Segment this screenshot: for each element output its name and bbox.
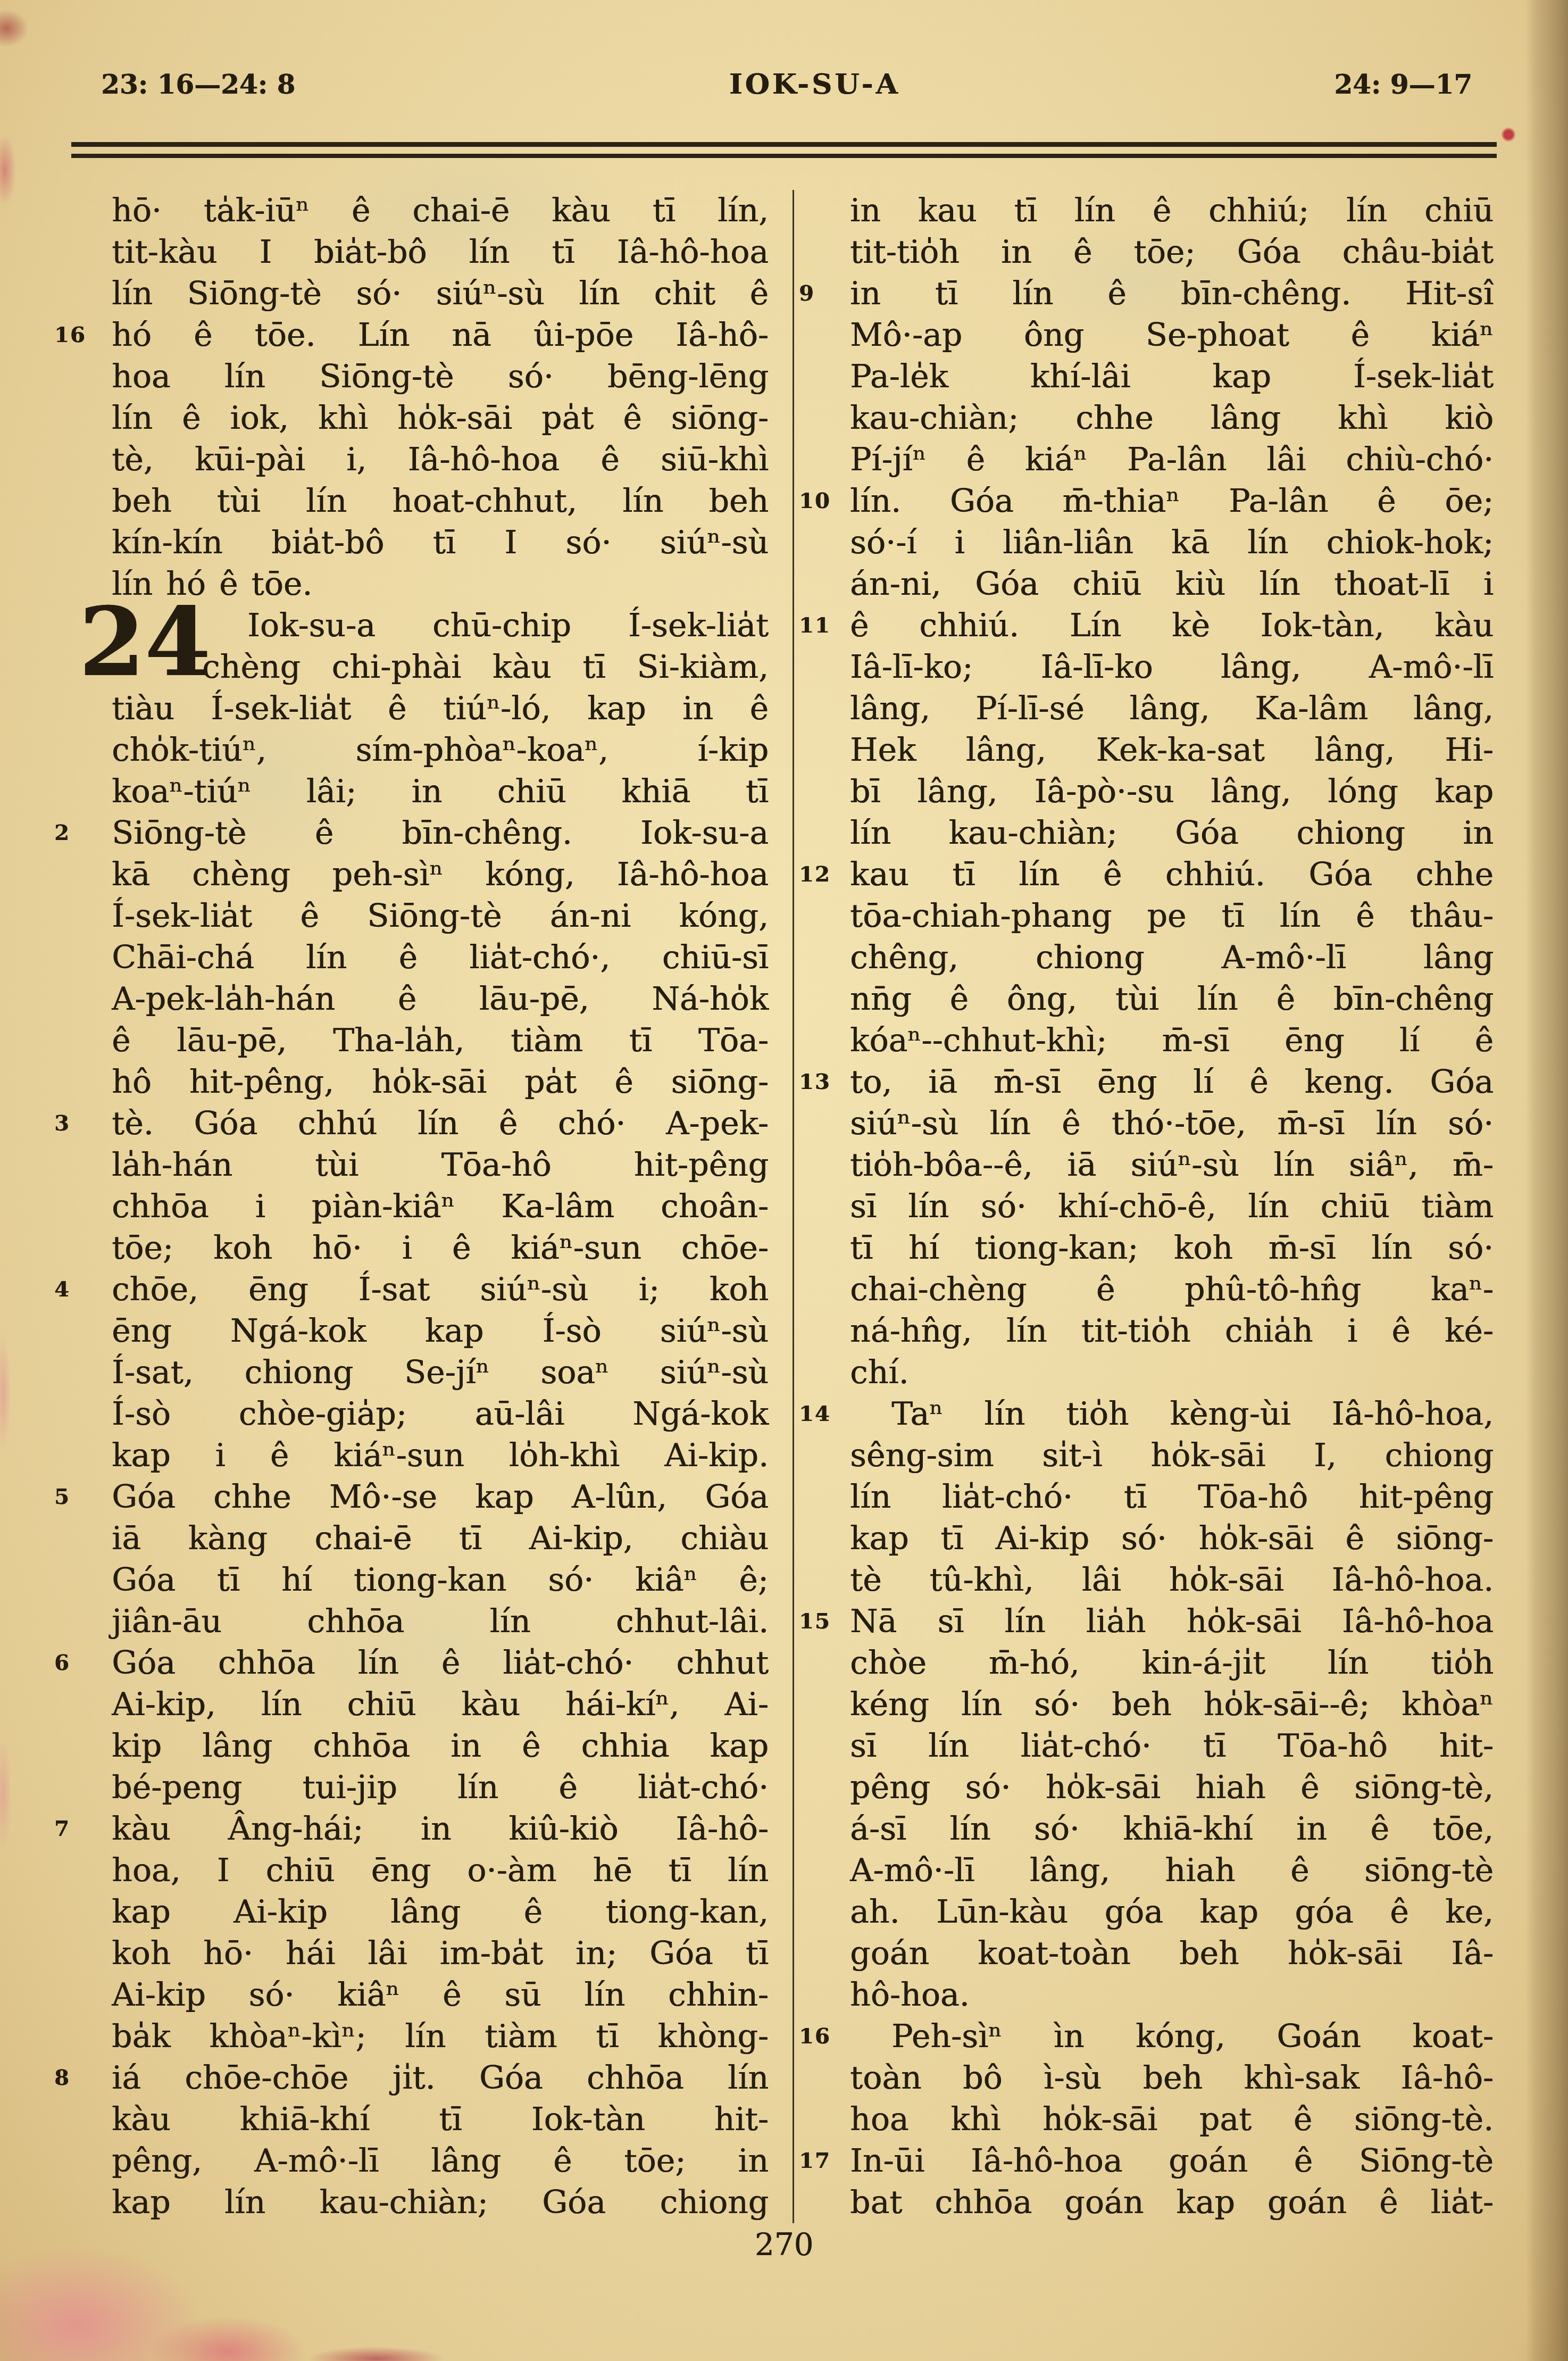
text-line: iā kàng chai-ē tī Ai-kip, chiàu xyxy=(112,1518,769,1559)
text-line: 11ê chhiú. Lín kè Iok-tàn, kàu xyxy=(850,605,1494,646)
verse-number: 9 xyxy=(799,275,815,312)
text-line: chhōa i piàn-kiâⁿ Ka-lâm choân- xyxy=(112,1186,769,1227)
text-line: 3tè. Góa chhú lín ê chó· A-pek- xyxy=(112,1103,769,1144)
verse-text: ê lāu-pē, Tha-la̍h, tiàm tī Tōa- xyxy=(112,1022,769,1059)
verse-text: Pí-jíⁿ ê kiáⁿ Pa-lân lâi chiù-chó· xyxy=(850,441,1494,478)
text-line: kàu khiā-khí tī Iok-tàn hit- xyxy=(112,2099,769,2140)
verse-text: lín ê iok, khì ho̍k-sāi pa̍t ê siōng- xyxy=(112,400,769,437)
text-line: A-mô·-lī lâng, hiah ê siōng-tè xyxy=(850,1850,1494,1891)
text-line: 13to, iā m̄-sī ēng lí ê keng. Góa xyxy=(850,1061,1494,1103)
verse-text: lín kau-chiàn; Góa chiong in xyxy=(850,814,1494,852)
text-line: Í-sò chòe-gia̍p; aū-lâi Ngá-kok xyxy=(112,1393,769,1435)
verse-text: cho̍k-tiúⁿ, sím-phòaⁿ-koaⁿ, í-kip xyxy=(112,731,769,769)
text-line: hô-hoa. xyxy=(850,1974,1494,2016)
verse-number: 16 xyxy=(799,2018,831,2055)
verse-number: 2 xyxy=(54,814,70,852)
verse-text: ah. Lūn-kàu góa kap góa ê ke, xyxy=(850,1893,1494,1931)
verse-text: ná-hn̂g, lín tit-tio̍h chia̍h i ê ké- xyxy=(850,1312,1494,1350)
text-line: tè, kūi-pài i, Iâ-hô-hoa ê siū-khì xyxy=(112,439,769,480)
text-line: sī lín só· khí-chō-ê, lín chiū tiàm xyxy=(850,1186,1494,1227)
text-line: la̍h-hán tùi Tōa-hô hit-pêng xyxy=(112,1144,769,1186)
verse-text: kap lín kau-chiàn; Góa chiong xyxy=(112,2184,769,2221)
verse-text: iā kàng chai-ē tī Ai-kip, chiàu xyxy=(112,1520,769,1557)
verse-text: koh hō· hái lâi im-ba̍t in; Góa tī xyxy=(112,1935,769,1972)
verse-number: 12 xyxy=(799,856,831,893)
verse-text: Í-sò chòe-gia̍p; aū-lâi Ngá-kok xyxy=(112,1395,769,1433)
verse-text: kóaⁿ--chhut-khì; m̄-sī ēng lí ê xyxy=(850,1022,1494,1059)
verse-text: to, iā m̄-sī ēng lí ê keng. Góa xyxy=(850,1063,1494,1101)
verse-text: jiân-āu chhōa lín chhut-lâi. xyxy=(112,1603,769,1640)
text-line: siúⁿ-sù lín ê thó·-tōe, m̄-sī lín só· xyxy=(850,1103,1494,1144)
text-line: pêng só· ho̍k-sāi hiah ê siōng-tè, xyxy=(850,1767,1494,1808)
text-line: kā chèng peh-sìⁿ kóng, Iâ-hô-hoa xyxy=(112,854,769,895)
header-verse-range-left: 23: 16—24: 8 xyxy=(101,63,295,106)
verse-text: toàn bô ì-sù beh khì-sak Iâ-hô- xyxy=(850,2059,1494,2097)
text-line: nn̄g ê ông, tùi lín ê bīn-chêng xyxy=(850,978,1494,1020)
text-line: Í-sek-lia̍t ê Siōng-tè án-ni kóng, xyxy=(112,895,769,937)
text-line: sêng-sim si̍t-ì ho̍k-sāi I, chiong xyxy=(850,1435,1494,1476)
verse-text: á-sī lín só· khiā-khí in ê tōe, xyxy=(850,1810,1494,1848)
verse-text: Peh-sìⁿ ìn kóng, Goán koat- xyxy=(891,2018,1494,2055)
verse-number: 15 xyxy=(799,1603,831,1640)
text-line: hoa lín Siōng-tè só· bēng-lēng xyxy=(112,356,769,397)
verse-text: Hek lâng, Kek-ka-sat lâng, Hi- xyxy=(850,731,1494,769)
text-line: Pí-jíⁿ ê kiáⁿ Pa-lân lâi chiù-chó· xyxy=(850,439,1494,480)
verse-text: kau tī lín ê chhiú. Góa chhe xyxy=(850,856,1494,893)
verse-text: Ai-kip só· kiâⁿ ê sū lín chhin- xyxy=(112,1976,769,2014)
text-line: ah. Lūn-kàu góa kap góa ê ke, xyxy=(850,1891,1494,1933)
text-line: kéng lín só· beh ho̍k-sāi--ê; khòaⁿ xyxy=(850,1684,1494,1725)
verse-text: sī lín lia̍t-chó· tī Tōa-hô hit- xyxy=(850,1727,1494,1765)
text-line: 9in tī lín ê bīn-chêng. Hit-sî xyxy=(850,273,1494,314)
verse-text: hô hit-pêng, ho̍k-sāi pa̍t ê siōng- xyxy=(112,1063,769,1101)
verse-number: 6 xyxy=(54,1644,70,1682)
text-line: tè tû-khì, lâi ho̍k-sāi Iâ-hô-hoa. xyxy=(850,1559,1494,1601)
text-line: hoa khì ho̍k-sāi pat ê siōng-tè. xyxy=(850,2099,1494,2140)
text-line: tī hí tiong-kan; koh m̄-sī lín só· xyxy=(850,1227,1494,1269)
column-right: in kau tī lín ê chhiú; lín chiūtit-tio̍h… xyxy=(850,190,1494,2223)
text-columns: 24 hō· ta̍k-iūⁿ ê chai-ē kàu tī lín,tit-… xyxy=(0,190,1568,2223)
verse-number: 16 xyxy=(54,317,86,354)
text-line: kóaⁿ--chhut-khì; m̄-sī ēng lí ê xyxy=(850,1020,1494,1061)
text-line: lín ê iok, khì ho̍k-sāi pa̍t ê siōng- xyxy=(112,397,769,439)
text-line: lâng, Pí-lī-sé lâng, Ka-lâm lâng, xyxy=(850,688,1494,729)
verse-text: siúⁿ-sù lín ê thó·-tōe, m̄-sī lín só· xyxy=(850,1105,1494,1142)
verse-text: iá chōe-chōe ji̍t. Góa chhōa lín xyxy=(112,2059,769,2097)
verse-number: 4 xyxy=(54,1271,70,1308)
verse-text: chêng, chiong A-mô·-lī lâng xyxy=(850,939,1494,976)
text-line: goán koat-toàn beh ho̍k-sāi Iâ- xyxy=(850,1933,1494,1974)
text-line: 17In-ūi Iâ-hô-hoa goán ê Siōng-tè xyxy=(850,2140,1494,2182)
verse-number: 7 xyxy=(54,1810,70,1848)
verse-text: Góa chhe Mô·-se kap A-lûn, Góa xyxy=(112,1478,769,1516)
text-line: beh tùi lín hoat-chhut, lín beh xyxy=(112,480,769,522)
verse-text: kā chèng peh-sìⁿ kóng, Iâ-hô-hoa xyxy=(112,856,769,893)
text-line: 4chōe, ēng Í-sat siúⁿ-sù i; koh xyxy=(112,1269,769,1310)
text-line: toàn bô ì-sù beh khì-sak Iâ-hô- xyxy=(850,2057,1494,2099)
verse-text: Í-sek-lia̍t ê Siōng-tè án-ni kóng, xyxy=(112,897,769,935)
text-line: cho̍k-tiúⁿ, sím-phòaⁿ-koaⁿ, í-kip xyxy=(112,729,769,771)
text-line: 2Siōng-tè ê bīn-chêng. Iok-su-a xyxy=(112,812,769,854)
verse-text: kau-chiàn; chhe lâng khì kiò xyxy=(850,400,1494,437)
verse-text: kéng lín só· beh ho̍k-sāi--ê; khòaⁿ xyxy=(850,1686,1494,1723)
verse-number: 10 xyxy=(799,483,831,520)
text-line: Hek lâng, Kek-ka-sat lâng, Hi- xyxy=(850,729,1494,771)
text-line: hô hit-pêng, ho̍k-sāi pa̍t ê siōng- xyxy=(112,1061,769,1103)
verse-text: hō· ta̍k-iūⁿ ê chai-ē kàu tī lín, xyxy=(112,192,769,229)
verse-text: in tī lín ê bīn-chêng. Hit-sî xyxy=(850,275,1494,312)
verse-text: sêng-sim si̍t-ì ho̍k-sāi I, chiong xyxy=(850,1437,1494,1474)
text-line: Mô·-ap ông Se-phoat ê kiáⁿ xyxy=(850,314,1494,356)
verse-text: kín-kín bia̍t-bô tī I só· siúⁿ-sù xyxy=(112,524,769,561)
verse-text: bī lâng, Iâ-pò·-su lâng, lóng kap xyxy=(850,773,1494,810)
text-line: Pa-le̍k khí-lâi kap Í-sek-lia̍t xyxy=(850,356,1494,397)
text-line: lín Siōng-tè só· siúⁿ-sù lín chit ê xyxy=(112,273,769,314)
verse-text: Mô·-ap ông Se-phoat ê kiáⁿ xyxy=(850,317,1494,354)
verse-text: Siōng-tè ê bīn-chêng. Iok-su-a xyxy=(112,814,769,852)
verse-text: Góa chhōa lín ê lia̍t-chó· chhut xyxy=(112,1644,769,1682)
verse-text: kap tī Ai-kip só· ho̍k-sāi ê siōng- xyxy=(850,1520,1494,1557)
verse-text: Iâ-lī-ko; Iâ-lī-ko lâng, A-mô·-lī xyxy=(850,649,1494,686)
verse-text: In-ūi Iâ-hô-hoa goán ê Siōng-tè xyxy=(850,2142,1494,2180)
verse-text: ê chhiú. Lín kè Iok-tàn, kàu xyxy=(850,607,1494,644)
text-line: bī lâng, Iâ-pò·-su lâng, lóng kap xyxy=(850,771,1494,812)
verse-text: Pa-le̍k khí-lâi kap Í-sek-lia̍t xyxy=(850,358,1494,395)
verse-text: lín hó ê tōe. xyxy=(112,566,312,603)
text-line: 15Nā sī lín lia̍h ho̍k-sāi Iâ-hô-hoa xyxy=(850,1601,1494,1642)
text-line: koh hō· hái lâi im-ba̍t in; Góa tī xyxy=(112,1933,769,1974)
verse-text: beh tùi lín hoat-chhut, lín beh xyxy=(112,483,769,520)
verse-text: bé-peng tui-jip lín ê lia̍t-chó· xyxy=(112,1769,769,1806)
verse-number: 17 xyxy=(799,2142,831,2180)
text-line: kap tī Ai-kip só· ho̍k-sāi ê siōng- xyxy=(850,1518,1494,1559)
verse-text: chōe, ēng Í-sat siúⁿ-sù i; koh xyxy=(112,1271,769,1308)
text-line: tōa-chiah-phang pe tī lín ê thâu- xyxy=(850,895,1494,937)
text-line: 6Góa chhōa lín ê lia̍t-chó· chhut xyxy=(112,1642,769,1684)
text-line: án-ni, Góa chiū kiù lín thoat-lī i xyxy=(850,563,1494,605)
verse-text: koaⁿ-tiúⁿ lâi; in chiū khiā tī xyxy=(112,773,769,810)
text-line: só·-í i liân-liân kā lín chiok-hok; xyxy=(850,522,1494,563)
verse-number: 8 xyxy=(54,2059,70,2097)
verse-text: Taⁿ lín tio̍h kèng-ùi Iâ-hô-hoa, xyxy=(891,1395,1494,1433)
verse-text: A-mô·-lī lâng, hiah ê siōng-tè xyxy=(850,1852,1494,1889)
verse-text: tè. Góa chhú lín ê chó· A-pek- xyxy=(112,1105,769,1142)
text-line: 10lín. Góa m̄-thiaⁿ Pa-lân ê ōe; xyxy=(850,480,1494,522)
verse-text: pêng só· ho̍k-sāi hiah ê siōng-tè, xyxy=(850,1769,1494,1806)
text-line: kap lín kau-chiàn; Góa chiong xyxy=(112,2182,769,2223)
text-line: hō· ta̍k-iūⁿ ê chai-ē kàu tī lín, xyxy=(112,190,769,231)
verse-text: Góa tī hí tiong-kan só· kiâⁿ ê; xyxy=(112,1561,769,1599)
verse-text: chòe m̄-hó, kin-á-ji̍t lín tio̍h xyxy=(850,1644,1494,1682)
verse-text: tè, kūi-pài i, Iâ-hô-hoa ê siū-khì xyxy=(112,441,769,478)
verse-number: 11 xyxy=(799,607,831,644)
text-line: 7kàu Âng-hái; in kiû-kiò Iâ-hô- xyxy=(112,1808,769,1850)
text-line: kap Ai-kip lâng ê tiong-kan, xyxy=(112,1891,769,1933)
text-line: Iok-su-a chū-chip Í-sek-lia̍t xyxy=(112,605,769,646)
verse-text: tio̍h-bôa--ê, iā siúⁿ-sù lín siâⁿ, m̄- xyxy=(850,1146,1494,1184)
verse-text: só·-í i liân-liân kā lín chiok-hok; xyxy=(850,524,1494,561)
text-line: chòe m̄-hó, kin-á-ji̍t lín tio̍h xyxy=(850,1642,1494,1684)
verse-number: 13 xyxy=(799,1063,831,1101)
verse-text: Ai-kip, lín chiū kàu hái-kíⁿ, Ai- xyxy=(112,1686,769,1723)
text-line: hoa, I chiū ēng o·-àm hē tī lín xyxy=(112,1850,769,1891)
text-line: tiàu Í-sek-lia̍t ê tiúⁿ-ló, kap in ê xyxy=(112,688,769,729)
verse-text: tit-kàu I bia̍t-bô lín tī Iâ-hô-hoa xyxy=(112,234,769,271)
text-line: kip lâng chhōa in ê chhia kap xyxy=(112,1725,769,1767)
text-line: tit-tio̍h in ê tōe; Góa châu-bia̍t xyxy=(850,231,1494,273)
text-line: kau-chiàn; chhe lâng khì kiò xyxy=(850,397,1494,439)
verse-text: chhōa i piàn-kiâⁿ Ka-lâm choân- xyxy=(112,1188,769,1225)
verse-text: kàu khiā-khí tī Iok-tàn hit- xyxy=(112,2101,769,2138)
verse-number: 14 xyxy=(799,1395,831,1433)
text-line: bé-peng tui-jip lín ê lia̍t-chó· xyxy=(112,1767,769,1808)
verse-text: tit-tio̍h in ê tōe; Góa châu-bia̍t xyxy=(850,234,1494,271)
text-line: pêng, A-mô·-lī lâng ê tōe; in xyxy=(112,2140,769,2182)
text-line: lín lia̍t-chó· tī Tōa-hô hit-pêng xyxy=(850,1476,1494,1518)
text-line: Í-sat, chiong Se-jíⁿ soaⁿ siúⁿ-sù xyxy=(112,1352,769,1393)
verse-text: lín. Góa m̄-thiaⁿ Pa-lân ê ōe; xyxy=(850,483,1494,520)
text-line: lín hó ê tōe. xyxy=(112,563,769,605)
verse-text: tī hí tiong-kan; koh m̄-sī lín só· xyxy=(850,1229,1494,1267)
verse-text: chèng chi-phài kàu tī Si-kiàm, xyxy=(202,649,769,686)
verse-number: 5 xyxy=(54,1478,70,1516)
verse-text: kàu Âng-hái; in kiû-kiò Iâ-hô- xyxy=(112,1810,769,1848)
text-line: chèng chi-phài kàu tī Si-kiàm, xyxy=(112,646,769,688)
text-line: tōe; koh hō· i ê kiáⁿ-sun chōe- xyxy=(112,1227,769,1269)
text-line: Ai-kip, lín chiū kàu hái-kíⁿ, Ai- xyxy=(112,1684,769,1725)
text-line: 5Góa chhe Mô·-se kap A-lûn, Góa xyxy=(112,1476,769,1518)
text-line: Chāi-chá lín ê lia̍t-chó·, chiū-sī xyxy=(112,937,769,978)
text-line: sī lín lia̍t-chó· tī Tōa-hô hit- xyxy=(850,1725,1494,1767)
text-line: Iâ-lī-ko; Iâ-lī-ko lâng, A-mô·-lī xyxy=(850,646,1494,688)
text-line: koaⁿ-tiúⁿ lâi; in chiū khiā tī xyxy=(112,771,769,812)
column-left: 24 hō· ta̍k-iūⁿ ê chai-ē kàu tī lín,tit-… xyxy=(112,190,769,2223)
text-line: ba̍k khòaⁿ-kìⁿ; lín tiàm tī khòng- xyxy=(112,2016,769,2057)
page-number: 270 xyxy=(0,2226,1568,2263)
text-line: jiân-āu chhōa lín chhut-lâi. xyxy=(112,1601,769,1642)
verse-text: A-pek-la̍h-hán ê lāu-pē, Ná-ho̍k xyxy=(112,980,769,1018)
text-line: á-sī lín só· khiā-khí in ê tōe, xyxy=(850,1808,1494,1850)
text-line: lín kau-chiàn; Góa chiong in xyxy=(850,812,1494,854)
verse-text: Í-sat, chiong Se-jíⁿ soaⁿ siúⁿ-sù xyxy=(112,1354,769,1391)
verse-text: tōe; koh hō· i ê kiáⁿ-sun chōe- xyxy=(112,1229,769,1267)
verse-text: Nā sī lín lia̍h ho̍k-sāi Iâ-hô-hoa xyxy=(850,1603,1494,1640)
text-line: ēng Ngá-kok kap Í-sò siúⁿ-sù xyxy=(112,1310,769,1352)
verse-text: lín Siōng-tè só· siúⁿ-sù lín chit ê xyxy=(112,275,769,312)
verse-text: goán koat-toàn beh ho̍k-sāi Iâ- xyxy=(850,1935,1494,1972)
verse-text: lín lia̍t-chó· tī Tōa-hô hit-pêng xyxy=(850,1478,1494,1516)
text-line: 8iá chōe-chōe ji̍t. Góa chhōa lín xyxy=(112,2057,769,2099)
verse-text: la̍h-hán tùi Tōa-hô hit-pêng xyxy=(112,1146,769,1184)
text-line: chêng, chiong A-mô·-lī lâng xyxy=(850,937,1494,978)
verse-text: hoa khì ho̍k-sāi pat ê siōng-tè. xyxy=(850,2101,1494,2138)
verse-text: kip lâng chhōa in ê chhia kap xyxy=(112,1727,769,1765)
verse-text: pêng, A-mô·-lī lâng ê tōe; in xyxy=(112,2142,769,2180)
verse-text: hoa lín Siōng-tè só· bēng-lēng xyxy=(112,358,769,395)
verse-text: kap Ai-kip lâng ê tiong-kan, xyxy=(112,1893,769,1931)
verse-text: bat chhōa goán kap goán ê lia̍t- xyxy=(850,2184,1494,2221)
text-line: Góa tī hí tiong-kan só· kiâⁿ ê; xyxy=(112,1559,769,1601)
verse-text: kap i ê kiáⁿ-sun lo̍h-khì Ai-kip. xyxy=(112,1437,769,1474)
text-line: A-pek-la̍h-hán ê lāu-pē, Ná-ho̍k xyxy=(112,978,769,1020)
text-line: kín-kín bia̍t-bô tī I só· siúⁿ-sù xyxy=(112,522,769,563)
text-line: kap i ê kiáⁿ-sun lo̍h-khì Ai-kip. xyxy=(112,1435,769,1476)
verse-text: in kau tī lín ê chhiú; lín chiū xyxy=(850,192,1494,229)
text-line: ê lāu-pē, Tha-la̍h, tiàm tī Tōa- xyxy=(112,1020,769,1061)
book-page-scan: 23: 16—24: 8 IOK-SU-A 24: 9—17 24 hō· ta… xyxy=(0,0,1568,2361)
text-line: ná-hn̂g, lín tit-tio̍h chia̍h i ê ké- xyxy=(850,1310,1494,1352)
text-line: chí. xyxy=(850,1352,1494,1393)
text-line: chai-chèng ê phû-tô-hn̂g kaⁿ- xyxy=(850,1269,1494,1310)
verse-text: hoa, I chiū ēng o·-àm hē tī lín xyxy=(112,1852,769,1889)
text-line: Ai-kip só· kiâⁿ ê sū lín chhin- xyxy=(112,1974,769,2016)
text-line: 16Peh-sìⁿ ìn kóng, Goán koat- xyxy=(850,2016,1494,2057)
text-line: tit-kàu I bia̍t-bô lín tī Iâ-hô-hoa xyxy=(112,231,769,273)
running-header: 23: 16—24: 8 IOK-SU-A 24: 9—17 xyxy=(0,0,1568,106)
header-verse-range-right: 24: 9—17 xyxy=(1334,63,1472,106)
verse-text: hô-hoa. xyxy=(850,1976,970,2014)
text-line: bat chhōa goán kap goán ê lia̍t- xyxy=(850,2182,1494,2223)
verse-text: án-ni, Góa chiū kiù lín thoat-lī i xyxy=(850,566,1494,603)
verse-text: tōa-chiah-phang pe tī lín ê thâu- xyxy=(850,897,1494,935)
verse-text: nn̄g ê ông, tùi lín ê bīn-chêng xyxy=(850,980,1494,1018)
text-line: 12kau tī lín ê chhiú. Góa chhe xyxy=(850,854,1494,895)
column-divider xyxy=(793,190,794,2223)
text-line: in kau tī lín ê chhiú; lín chiū xyxy=(850,190,1494,231)
double-rule xyxy=(71,142,1497,158)
text-line: 14Taⁿ lín tio̍h kèng-ùi Iâ-hô-hoa, xyxy=(850,1393,1494,1435)
verse-text: tè tû-khì, lâi ho̍k-sāi Iâ-hô-hoa. xyxy=(850,1561,1494,1599)
verse-text: chí. xyxy=(850,1354,909,1391)
verse-text: lâng, Pí-lī-sé lâng, Ka-lâm lâng, xyxy=(850,690,1494,727)
verse-text: hó ê tōe. Lín nā ûi-pōe Iâ-hô- xyxy=(112,317,769,354)
verse-text: tiàu Í-sek-lia̍t ê tiúⁿ-ló, kap in ê xyxy=(112,690,769,727)
verse-text: sī lín só· khí-chō-ê, lín chiū tiàm xyxy=(850,1188,1494,1225)
verse-text: chai-chèng ê phû-tô-hn̂g kaⁿ- xyxy=(850,1271,1494,1308)
verse-text: Chāi-chá lín ê lia̍t-chó·, chiū-sī xyxy=(112,939,769,976)
page-title: IOK-SU-A xyxy=(295,63,1334,105)
text-line: tio̍h-bôa--ê, iā siúⁿ-sù lín siâⁿ, m̄- xyxy=(850,1144,1494,1186)
text-line: 16hó ê tōe. Lín nā ûi-pōe Iâ-hô- xyxy=(112,314,769,356)
verse-text: Iok-su-a chū-chip Í-sek-lia̍t xyxy=(247,607,769,644)
verse-number: 3 xyxy=(54,1105,70,1142)
verse-text: ba̍k khòaⁿ-kìⁿ; lín tiàm tī khòng- xyxy=(112,2018,769,2055)
verse-text: ēng Ngá-kok kap Í-sò siúⁿ-sù xyxy=(112,1312,769,1350)
